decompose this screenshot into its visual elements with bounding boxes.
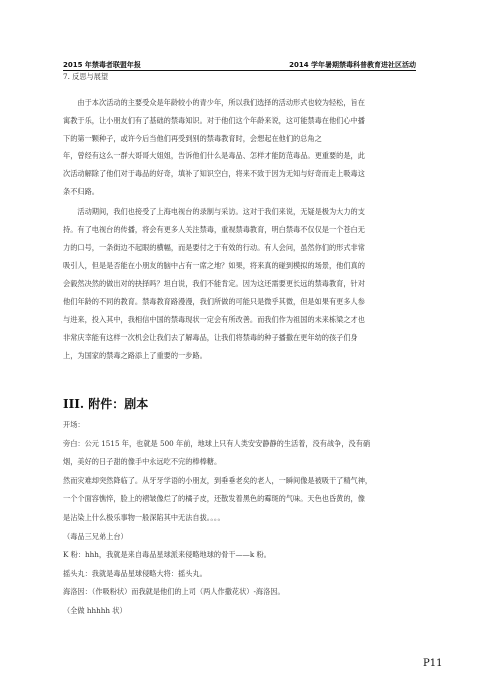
script-line: 旁白：公元 1515 年，也就是 500 年前，地球上只有人类安安静静的生活着，… bbox=[63, 440, 418, 448]
paragraph-line: 会毅然决然的做出对的抉择吗？坦白说，我们不能肯定。因为这还需要更长远的禁毒教育，… bbox=[63, 280, 418, 288]
paragraph-line: 活动期间，我们也接受了上海电视台的录制与采访。这对于我们来说，无疑是极为大力的支 bbox=[63, 208, 418, 216]
header-left: 2015 年禁毒者联盟年报 bbox=[63, 60, 141, 70]
section-3-title: III. 附件：剧本 bbox=[63, 395, 148, 412]
paragraph-line: 由于本次活动的主要受众是年龄较小的青少年，所以我们选择的活动形式也较为轻松，旨在 bbox=[63, 99, 418, 107]
paragraph-line: 条不归路。 bbox=[63, 188, 418, 196]
page-header: 2015 年禁毒者联盟年报 2014 学年暑期禁毒科普教育进社区活动 bbox=[63, 60, 416, 71]
paragraph-line: 与进来，投入其中，我相信中国的禁毒现状一定会有所改善。而我们作为祖国的未来栋梁之… bbox=[63, 316, 418, 324]
script-line: 开场： bbox=[63, 421, 418, 429]
script-line: 海洛因：（作吸粉状）而我就是他们的上司（两人作撒花状）-海洛因。 bbox=[63, 588, 418, 596]
paragraph-line: 他们年龄的不同的教育。禁毒教育路漫漫，我们所做的可能只是微乎其微，但是如果有更多… bbox=[63, 298, 418, 306]
paragraph-line: 次活动解除了他们对于毒品的好奇，填补了知识空白，将来不致于因为无知与好奇而走上吸… bbox=[63, 170, 418, 178]
script-line: K 粉：hhh，我就是来自毒品星球派来侵略地球的骨干——k 粉。 bbox=[63, 551, 418, 559]
script-line: 摇头丸：我就是毒品星球侵略大将：摇头丸。 bbox=[63, 570, 418, 578]
script-line: 是沾染上什么极乐事物一般深陷其中无法自拔。。。。 bbox=[63, 514, 418, 522]
paragraph-line: 寓教于乐，让小朋友们有了基础的禁毒知识。对于他们这个年龄来说，这可能禁毒在他们心… bbox=[63, 117, 418, 125]
script-line: 然而灾难却突然降临了。从牙牙学语的小朋友，到垂垂老矣的老人，一瞬间像是被吸干了精… bbox=[63, 477, 418, 485]
paragraph-line: 吸引人，但是是否能在小朋友的脑中占有一席之地？如果，将来真的碰到模拟的场景，他们… bbox=[63, 262, 418, 270]
page-number: P11 bbox=[423, 658, 442, 669]
paragraph-line: 力的口号，一条街边不起眼的横幅，而是要付之于有效的行动。有人会问，虽然你们的形式… bbox=[63, 244, 418, 252]
paragraph-line: 上，为国家的禁毒之路添上了重要的一步路。 bbox=[63, 352, 418, 360]
paragraph-line: 持。有了电视台的传播，将会有更多人关注禁毒，重视禁毒教育，明白禁毒不仅仅是一个苍… bbox=[63, 226, 418, 234]
paragraph-line: 下的第一颗种子，或许今后当他们再受到别的禁毒教育时，会想起在他们的总角之 bbox=[63, 135, 418, 143]
section-7-title: 7. 反思与展望 bbox=[63, 73, 418, 81]
paragraph-line: 年，曾经有这么一群大哥哥大姐姐，告诉他们什么是毒品、怎样才能防范毒品。更重要的是… bbox=[63, 152, 418, 160]
paragraph-line: 非常庆幸能有这样一次机会让我们去了解毒品，让我们将禁毒的种子播撒在更年幼的孩子们… bbox=[63, 334, 418, 342]
header-right: 2014 学年暑期禁毒科普教育进社区活动 bbox=[289, 60, 416, 70]
script-line: （毒品三兄弟上台） bbox=[63, 533, 418, 541]
script-line: 一个个面容憔悴，脸上的褶皱像烂了的橘子皮，还散发着黑色的霉斑的气味。天色也昏黄的… bbox=[63, 495, 418, 503]
script-line: 烟，美好的日子甜的像手中永远吃不完的棒棒糖。 bbox=[63, 458, 418, 466]
script-line: （全做 hhhhh 状） bbox=[63, 607, 418, 615]
